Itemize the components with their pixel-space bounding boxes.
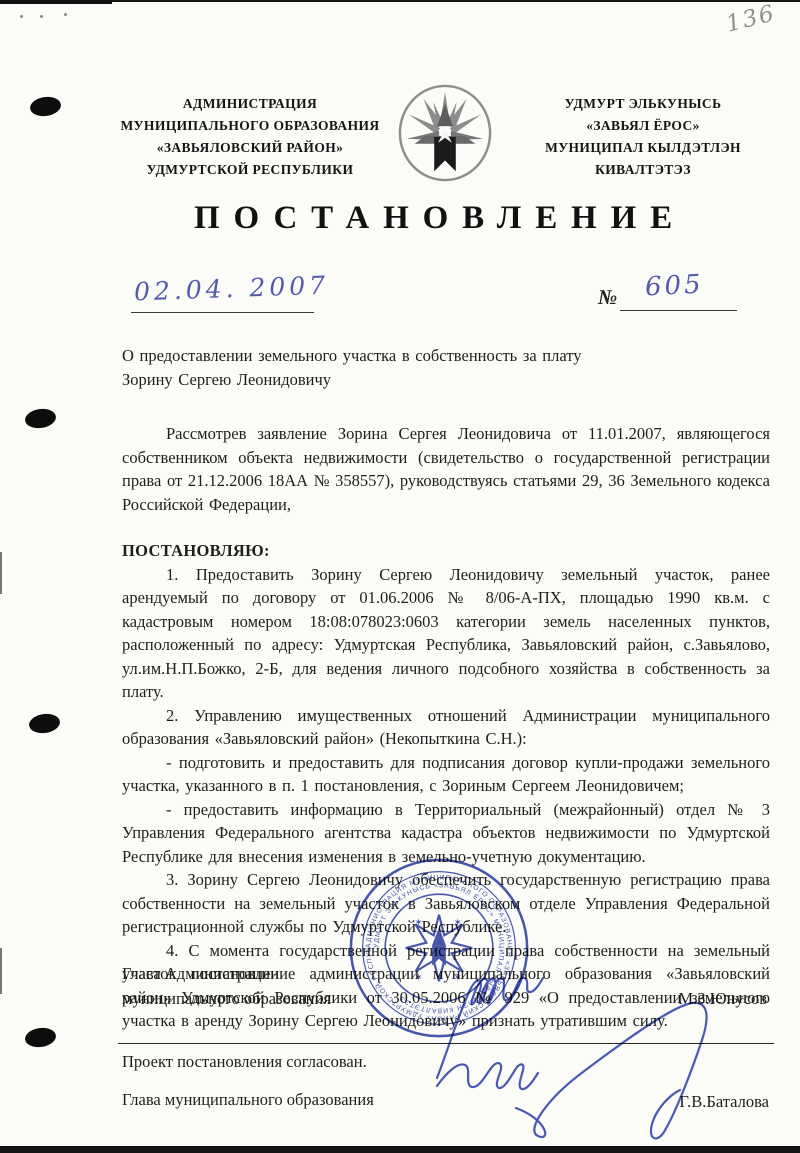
- head-admin-name: М.З.Юнусов: [678, 989, 767, 1009]
- scan-speck: [40, 15, 43, 18]
- svg-text:АДМИНИСТРАЦИЯ МУНИЦИПАЛЬНОГО О: АДМИНИСТРАЦИЯ МУНИЦИПАЛЬНОГО ОБРАЗОВАНИЯ…: [346, 855, 513, 1023]
- number-handwritten: 605: [644, 269, 704, 302]
- document-title: ПОСТАНОВЛЕНИЕ: [110, 200, 770, 237]
- org-line: КИВАЛТЭТЭЗ: [512, 159, 774, 181]
- org-line: «ЗАВЬЯЛОВСКИЙ РАЙОН»: [110, 137, 390, 159]
- hole-punch-mark: [24, 407, 57, 430]
- subject-line: О предоставлении земельного участка в со…: [122, 344, 770, 368]
- scan-edge-bottom: [0, 1146, 800, 1153]
- issuing-org-russian: АДМИНИСТРАЦИЯ МУНИЦИПАЛЬНОГО ОБРАЗОВАНИЯ…: [110, 93, 390, 181]
- title-line: муниципального образования: [122, 986, 331, 1011]
- org-line: МУНИЦИПАЛЬНОГО ОБРАЗОВАНИЯ: [110, 115, 390, 137]
- resolve-heading: ПОСТАНОВЛЯЮ:: [122, 539, 770, 563]
- head-mo-title: Глава муниципального образования: [122, 1090, 374, 1110]
- svg-text:✶: ✶: [415, 917, 423, 928]
- scan-speck: [64, 13, 67, 16]
- scan-edge-left-mark: [0, 948, 2, 994]
- issuing-org-udmurt: УДМУРТ ЭЛЬКУНЫСЬ «ЗАВЬЯЛ ЁРОС» МУНИЦИПАЛ…: [512, 93, 774, 181]
- scan-speck: [20, 15, 23, 18]
- subject-heading: О предоставлении земельного участка в со…: [122, 344, 770, 391]
- svg-text:✶: ✶: [454, 972, 462, 983]
- scan-edge-top: [0, 0, 800, 2]
- org-line: УДМУРТ ЭЛЬКУНЫСЬ: [512, 93, 774, 115]
- agreed-note: Проект постановления согласован.: [122, 1052, 367, 1072]
- svg-text:✶: ✶: [415, 972, 423, 983]
- hole-punch-mark: [24, 1026, 57, 1049]
- head-admin-title: Глава Администрации муниципального образ…: [122, 961, 331, 1011]
- org-line: МУНИЦИПАЛ КЫЛДЭТЛЭН: [512, 137, 774, 159]
- svg-text:✶: ✶: [454, 917, 462, 928]
- preamble-paragraph: Рассмотрев заявление Зорина Сергея Леони…: [122, 422, 770, 516]
- date-handwritten: 02.04. 2007: [134, 271, 330, 307]
- number-underline: [620, 310, 737, 311]
- date-underline: [131, 312, 314, 313]
- document-page: 136 АДМИНИСТРАЦИЯ МУНИЦИПАЛЬНОГО ОБРАЗОВ…: [0, 0, 800, 1153]
- official-round-stamp: АДМИНИСТРАЦИЯ МУНИЦИПАЛЬНОГО ОБРАЗОВАНИЯ…: [346, 855, 532, 1046]
- hole-punch-mark: [28, 712, 61, 735]
- stamp-outer-ring-text: АДМИНИСТРАЦИЯ МУНИЦИПАЛЬНОГО ОБРАЗОВАНИЯ…: [346, 855, 513, 1023]
- scan-edge-left-mark: [0, 552, 2, 594]
- scan-edge-top-left: [0, 0, 112, 4]
- body-paragraph: 2. Управлению имущественных отношений Ад…: [122, 704, 770, 751]
- head-mo-name: Г.В.Баталова: [679, 1092, 769, 1112]
- number-sign: №: [598, 285, 617, 310]
- hole-punch-mark: [29, 95, 62, 118]
- subject-line: Зорину Сергею Леонидовичу: [122, 368, 770, 392]
- org-line: «ЗАВЬЯЛ ЁРОС»: [512, 115, 774, 137]
- title-line: Глава Администрации: [122, 961, 331, 986]
- body-paragraph: 1. Предоставить Зорину Сергею Леонидович…: [122, 563, 770, 704]
- pencil-page-number: 136: [724, 0, 779, 37]
- org-line: АДМИНИСТРАЦИЯ: [110, 93, 390, 115]
- org-line: УДМУРТСКОЙ РЕСПУБЛИКИ: [110, 159, 390, 181]
- district-coat-of-arms-icon: [396, 80, 494, 191]
- body-paragraph: - подготовить и предоставить для подписа…: [122, 751, 770, 798]
